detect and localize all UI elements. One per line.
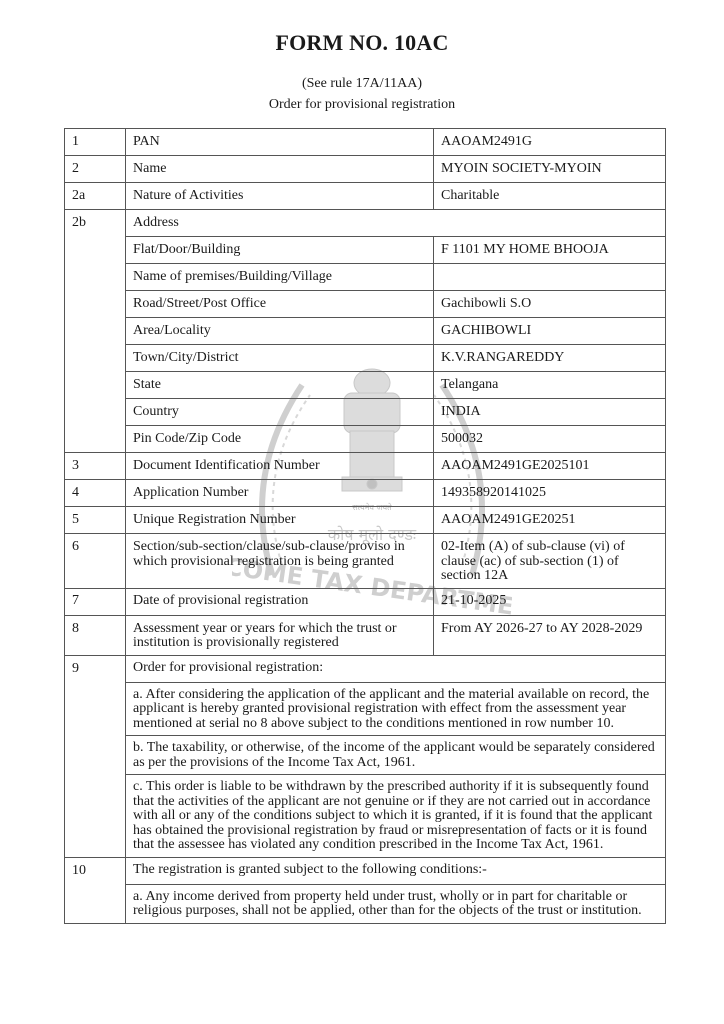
table-row: 6 Section/sub-section/clause/sub-clause/… bbox=[65, 534, 666, 589]
table-row: 7 Date of provisional registration 21-10… bbox=[65, 588, 666, 615]
table-row: 1 PAN AAOAM2491G bbox=[65, 129, 666, 156]
order-paragraph-row: a. After considering the application of … bbox=[65, 682, 666, 736]
table-row: 3 Document Identification Number AAOAM24… bbox=[65, 453, 666, 480]
row-number: 2 bbox=[65, 156, 126, 183]
table-row: 2 Name MYOIN SOCIETY-MYOIN bbox=[65, 156, 666, 183]
row-number: 2a bbox=[65, 183, 126, 210]
address-row: Country INDIA bbox=[65, 399, 666, 426]
row-label: Section/sub-section/clause/sub-clause/pr… bbox=[126, 534, 434, 589]
row-label: Document Identification Number bbox=[126, 453, 434, 480]
address-field-value: INDIA bbox=[434, 399, 666, 426]
row-number: 7 bbox=[65, 588, 126, 615]
nature-value: Charitable bbox=[434, 183, 666, 210]
row-label: Application Number bbox=[126, 480, 434, 507]
condition-paragraph-a: a. Any income derived from property held… bbox=[126, 884, 666, 923]
order-paragraph-b: b. The taxability, or otherwise, of the … bbox=[126, 736, 666, 775]
address-field-value: F 1101 MY HOME BHOOJA bbox=[434, 237, 666, 264]
row-number: 4 bbox=[65, 480, 126, 507]
address-row: Flat/Door/Building F 1101 MY HOME BHOOJA bbox=[65, 237, 666, 264]
row-label: Assessment year or years for which the t… bbox=[126, 615, 434, 655]
address-row: Name of premises/Building/Village bbox=[65, 264, 666, 291]
row-number: 9 bbox=[65, 655, 126, 857]
order-paragraph-a: a. After considering the application of … bbox=[126, 682, 666, 736]
table-row: 10 The registration is granted subject t… bbox=[65, 857, 666, 884]
row-label: Nature of Activities bbox=[126, 183, 434, 210]
address-field-value: 500032 bbox=[434, 426, 666, 453]
registration-date-value: 21-10-2025 bbox=[434, 588, 666, 615]
address-field-label: Town/City/District bbox=[126, 345, 434, 372]
row-number: 3 bbox=[65, 453, 126, 480]
row-label: PAN bbox=[126, 129, 434, 156]
address-row: Road/Street/Post Office Gachibowli S.O bbox=[65, 291, 666, 318]
address-field-label: Pin Code/Zip Code bbox=[126, 426, 434, 453]
row-label: Date of provisional registration bbox=[126, 588, 434, 615]
table-row: 9 Order for provisional registration: bbox=[65, 655, 666, 682]
row-number: 2b bbox=[65, 210, 126, 453]
assessment-years-value: From AY 2026-27 to AY 2028-2029 bbox=[434, 615, 666, 655]
section-value: 02-Item (A) of sub-clause (vi) of clause… bbox=[434, 534, 666, 589]
table-row: 8 Assessment year or years for which the… bbox=[65, 615, 666, 655]
address-heading: Address bbox=[126, 210, 666, 237]
name-value: MYOIN SOCIETY-MYOIN bbox=[434, 156, 666, 183]
address-field-label: Road/Street/Post Office bbox=[126, 291, 434, 318]
rule-reference: (See rule 17A/11AA) bbox=[0, 76, 724, 92]
address-row: Pin Code/Zip Code 500032 bbox=[65, 426, 666, 453]
row-number: 6 bbox=[65, 534, 126, 589]
row-number: 1 bbox=[65, 129, 126, 156]
order-paragraph-c: c. This order is liable to be withdrawn … bbox=[126, 775, 666, 858]
address-field-label: State bbox=[126, 372, 434, 399]
address-field-label: Country bbox=[126, 399, 434, 426]
form-title: FORM NO. 10AC bbox=[0, 30, 724, 56]
order-heading: Order for provisional registration: bbox=[126, 655, 666, 682]
address-field-value: K.V.RANGAREDDY bbox=[434, 345, 666, 372]
address-field-value: Gachibowli S.O bbox=[434, 291, 666, 318]
address-field-label: Area/Locality bbox=[126, 318, 434, 345]
address-row: State Telangana bbox=[65, 372, 666, 399]
address-field-label: Flat/Door/Building bbox=[126, 237, 434, 264]
table-row: 2a Nature of Activities Charitable bbox=[65, 183, 666, 210]
condition-paragraph-row: a. Any income derived from property held… bbox=[65, 884, 666, 923]
pan-value: AAOAM2491G bbox=[434, 129, 666, 156]
application-number-value: 149358920141025 bbox=[434, 480, 666, 507]
row-label: Unique Registration Number bbox=[126, 507, 434, 534]
urn-value: AAOAM2491GE20251 bbox=[434, 507, 666, 534]
address-field-value bbox=[434, 264, 666, 291]
row-number: 8 bbox=[65, 615, 126, 655]
address-row: Town/City/District K.V.RANGAREDDY bbox=[65, 345, 666, 372]
registration-table: 1 PAN AAOAM2491G 2 Name MYOIN SOCIETY-MY… bbox=[64, 128, 666, 924]
address-field-value: GACHIBOWLI bbox=[434, 318, 666, 345]
row-label: Name bbox=[126, 156, 434, 183]
order-paragraph-row: c. This order is liable to be withdrawn … bbox=[65, 775, 666, 858]
row-number: 10 bbox=[65, 857, 126, 923]
row-number: 5 bbox=[65, 507, 126, 534]
table-row: 2b Address bbox=[65, 210, 666, 237]
address-row: Area/Locality GACHIBOWLI bbox=[65, 318, 666, 345]
address-field-label: Name of premises/Building/Village bbox=[126, 264, 434, 291]
form-subtitle: Order for provisional registration bbox=[0, 97, 724, 113]
table-row: 5 Unique Registration Number AAOAM2491GE… bbox=[65, 507, 666, 534]
din-value: AAOAM2491GE2025101 bbox=[434, 453, 666, 480]
order-paragraph-row: b. The taxability, or otherwise, of the … bbox=[65, 736, 666, 775]
conditions-heading: The registration is granted subject to t… bbox=[126, 857, 666, 884]
address-field-value: Telangana bbox=[434, 372, 666, 399]
table-row: 4 Application Number 149358920141025 bbox=[65, 480, 666, 507]
